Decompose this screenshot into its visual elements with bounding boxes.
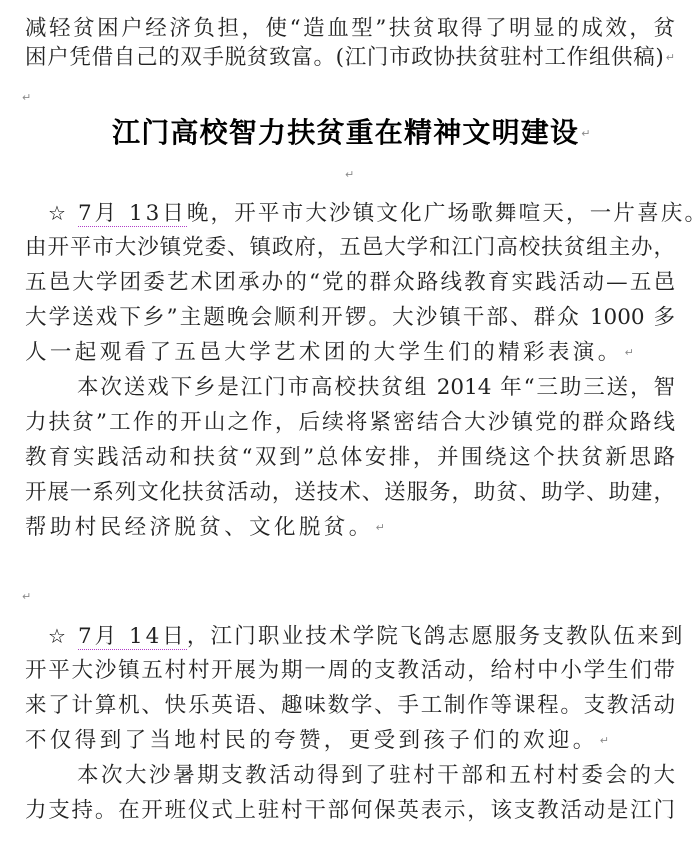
section-1-para2-line: 教育实践活动和扶贫“双到”总体安排，并围绕这个扶贫新思路 <box>25 443 675 473</box>
section-2-para2-line: 本次大沙暑期支教活动得到了驻村干部和五村村委会的大 <box>77 761 675 791</box>
paragraph-mark-icon: ↵ <box>581 127 590 140</box>
text: 力扶贫”工作的开山之作，后续将紧密结合大沙镇党的群众路线 <box>25 410 675 435</box>
paragraph-mark-icon: ↵ <box>376 521 385 534</box>
section-1-line: 由开平市大沙镇党委、镇政府，五邑大学和江门高校扶贫组主办， <box>25 233 675 263</box>
section-1-line: 五邑大学团委艺术团承办的“党的群众路线教育实践活动—五邑 <box>25 268 675 298</box>
title-text: 江门高校智力扶贫重在精神文明建设 <box>112 116 579 149</box>
prev-article-line-2: 困户凭借自己的双手脱贫致富。(江门市政协扶贫驻村工作组供稿)↵ <box>25 43 675 73</box>
text: 教育实践活动和扶贫“双到”总体安排，并围绕这个扶贫新思路 <box>25 445 675 470</box>
section-2-first-line: ☆7月 14日，江门职业技术学院飞鸽志愿服务支教队伍来到 <box>48 621 675 651</box>
section-1-para2-line: 帮助村民经济脱贫、文化脱贫。↵ <box>25 513 675 543</box>
text: 开展一系列文化扶贫活动，送技术、送服务，助贫、助学、助建， <box>25 480 675 505</box>
paragraph-mark-icon: ↵ <box>345 168 354 181</box>
document-page: 减轻贫困户经济负担，使“造血型”扶贫取得了明显的成效，贫 困户凭借自己的双手脱贫… <box>0 0 700 844</box>
star-icon: ☆ <box>48 624 66 648</box>
text: 减轻贫困户经济负担，使“造血型”扶贫取得了明显的成效，贫 <box>25 16 675 41</box>
text: 人一起观看了五邑大学艺术团的大学生们的精彩表演。 <box>25 340 623 365</box>
section-1-para2-line: 力扶贫”工作的开山之作，后续将紧密结合大沙镇党的群众路线 <box>25 408 675 438</box>
paragraph-mark-icon: ↵ <box>22 91 31 104</box>
section-1-para2-line: 本次送戏下乡是江门市高校扶贫组 2014 年“三助三送，智 <box>77 373 675 403</box>
text: 来了计算机、快乐英语、趣味数学、手工制作等课程。支教活动 <box>25 693 675 718</box>
section-1-first-line: ☆7月 13日晚，开平市大沙镇文化广场歌舞喧天，一片喜庆。 <box>48 198 675 228</box>
star-icon: ☆ <box>48 201 66 225</box>
section-2-line: 不仅得到了当地村民的夸赞，更受到孩子们的欢迎。↵ <box>25 726 675 756</box>
section-2-para2-line: 力支持。在开班仪式上驻村干部何保英表示，该支教活动是江门 <box>25 796 675 826</box>
text: 本次大沙暑期支教活动得到了驻村干部和五村村委会的大 <box>77 763 675 788</box>
section-2-line: 来了计算机、快乐英语、趣味数学、手工制作等课程。支教活动 <box>25 691 675 721</box>
text: 晚，开平市大沙镇文化广场歌舞喧天，一片喜庆。 <box>187 201 700 226</box>
paragraph-mark-icon: ↵ <box>600 734 609 747</box>
text: 力支持。在开班仪式上驻村干部何保英表示，该支教活动是江门 <box>25 798 675 823</box>
section-1-para2-line: 开展一系列文化扶贫活动，送技术、送服务，助贫、助学、助建， <box>25 478 675 508</box>
paragraph-mark-icon: ↵ <box>666 51 675 64</box>
article-title: 江门高校智力扶贫重在精神文明建设↵ <box>112 113 592 154</box>
text: 大学送戏下乡”主题晚会顺利开锣。大沙镇干部、群众 1000 多 <box>25 305 675 330</box>
prev-article-line-1: 减轻贫困户经济负担，使“造血型”扶贫取得了明显的成效，贫 <box>25 14 675 44</box>
date-link[interactable]: 7月 14日 <box>78 624 187 650</box>
text: 开平大沙镇五村村开展为期一周的支教活动，给村中小学生们带 <box>25 658 675 683</box>
text: 由开平市大沙镇党委、镇政府，五邑大学和江门高校扶贫组主办， <box>25 235 675 260</box>
section-1-line: 人一起观看了五邑大学艺术团的大学生们的精彩表演。↵ <box>25 338 675 368</box>
text: 不仅得到了当地村民的夸赞，更受到孩子们的欢迎。 <box>25 728 598 753</box>
text: 本次送戏下乡是江门市高校扶贫组 2014 年“三助三送，智 <box>77 375 675 400</box>
text: ，江门职业技术学院飞鸽志愿服务支教队伍来到 <box>187 624 685 649</box>
text: 困户凭借自己的双手脱贫致富。(江门市政协扶贫驻村工作组供稿) <box>25 45 664 70</box>
paragraph-mark-icon: ↵ <box>625 346 634 359</box>
date-link[interactable]: 7月 13日 <box>78 201 187 227</box>
section-1-line: 大学送戏下乡”主题晚会顺利开锣。大沙镇干部、群众 1000 多 <box>25 303 675 333</box>
text: 五邑大学团委艺术团承办的“党的群众路线教育实践活动—五邑 <box>25 270 675 295</box>
section-2-line: 开平大沙镇五村村开展为期一周的支教活动，给村中小学生们带 <box>25 656 675 686</box>
text: 帮助村民经济脱贫、文化脱贫。 <box>25 515 374 540</box>
paragraph-mark-icon: ↵ <box>22 590 31 603</box>
